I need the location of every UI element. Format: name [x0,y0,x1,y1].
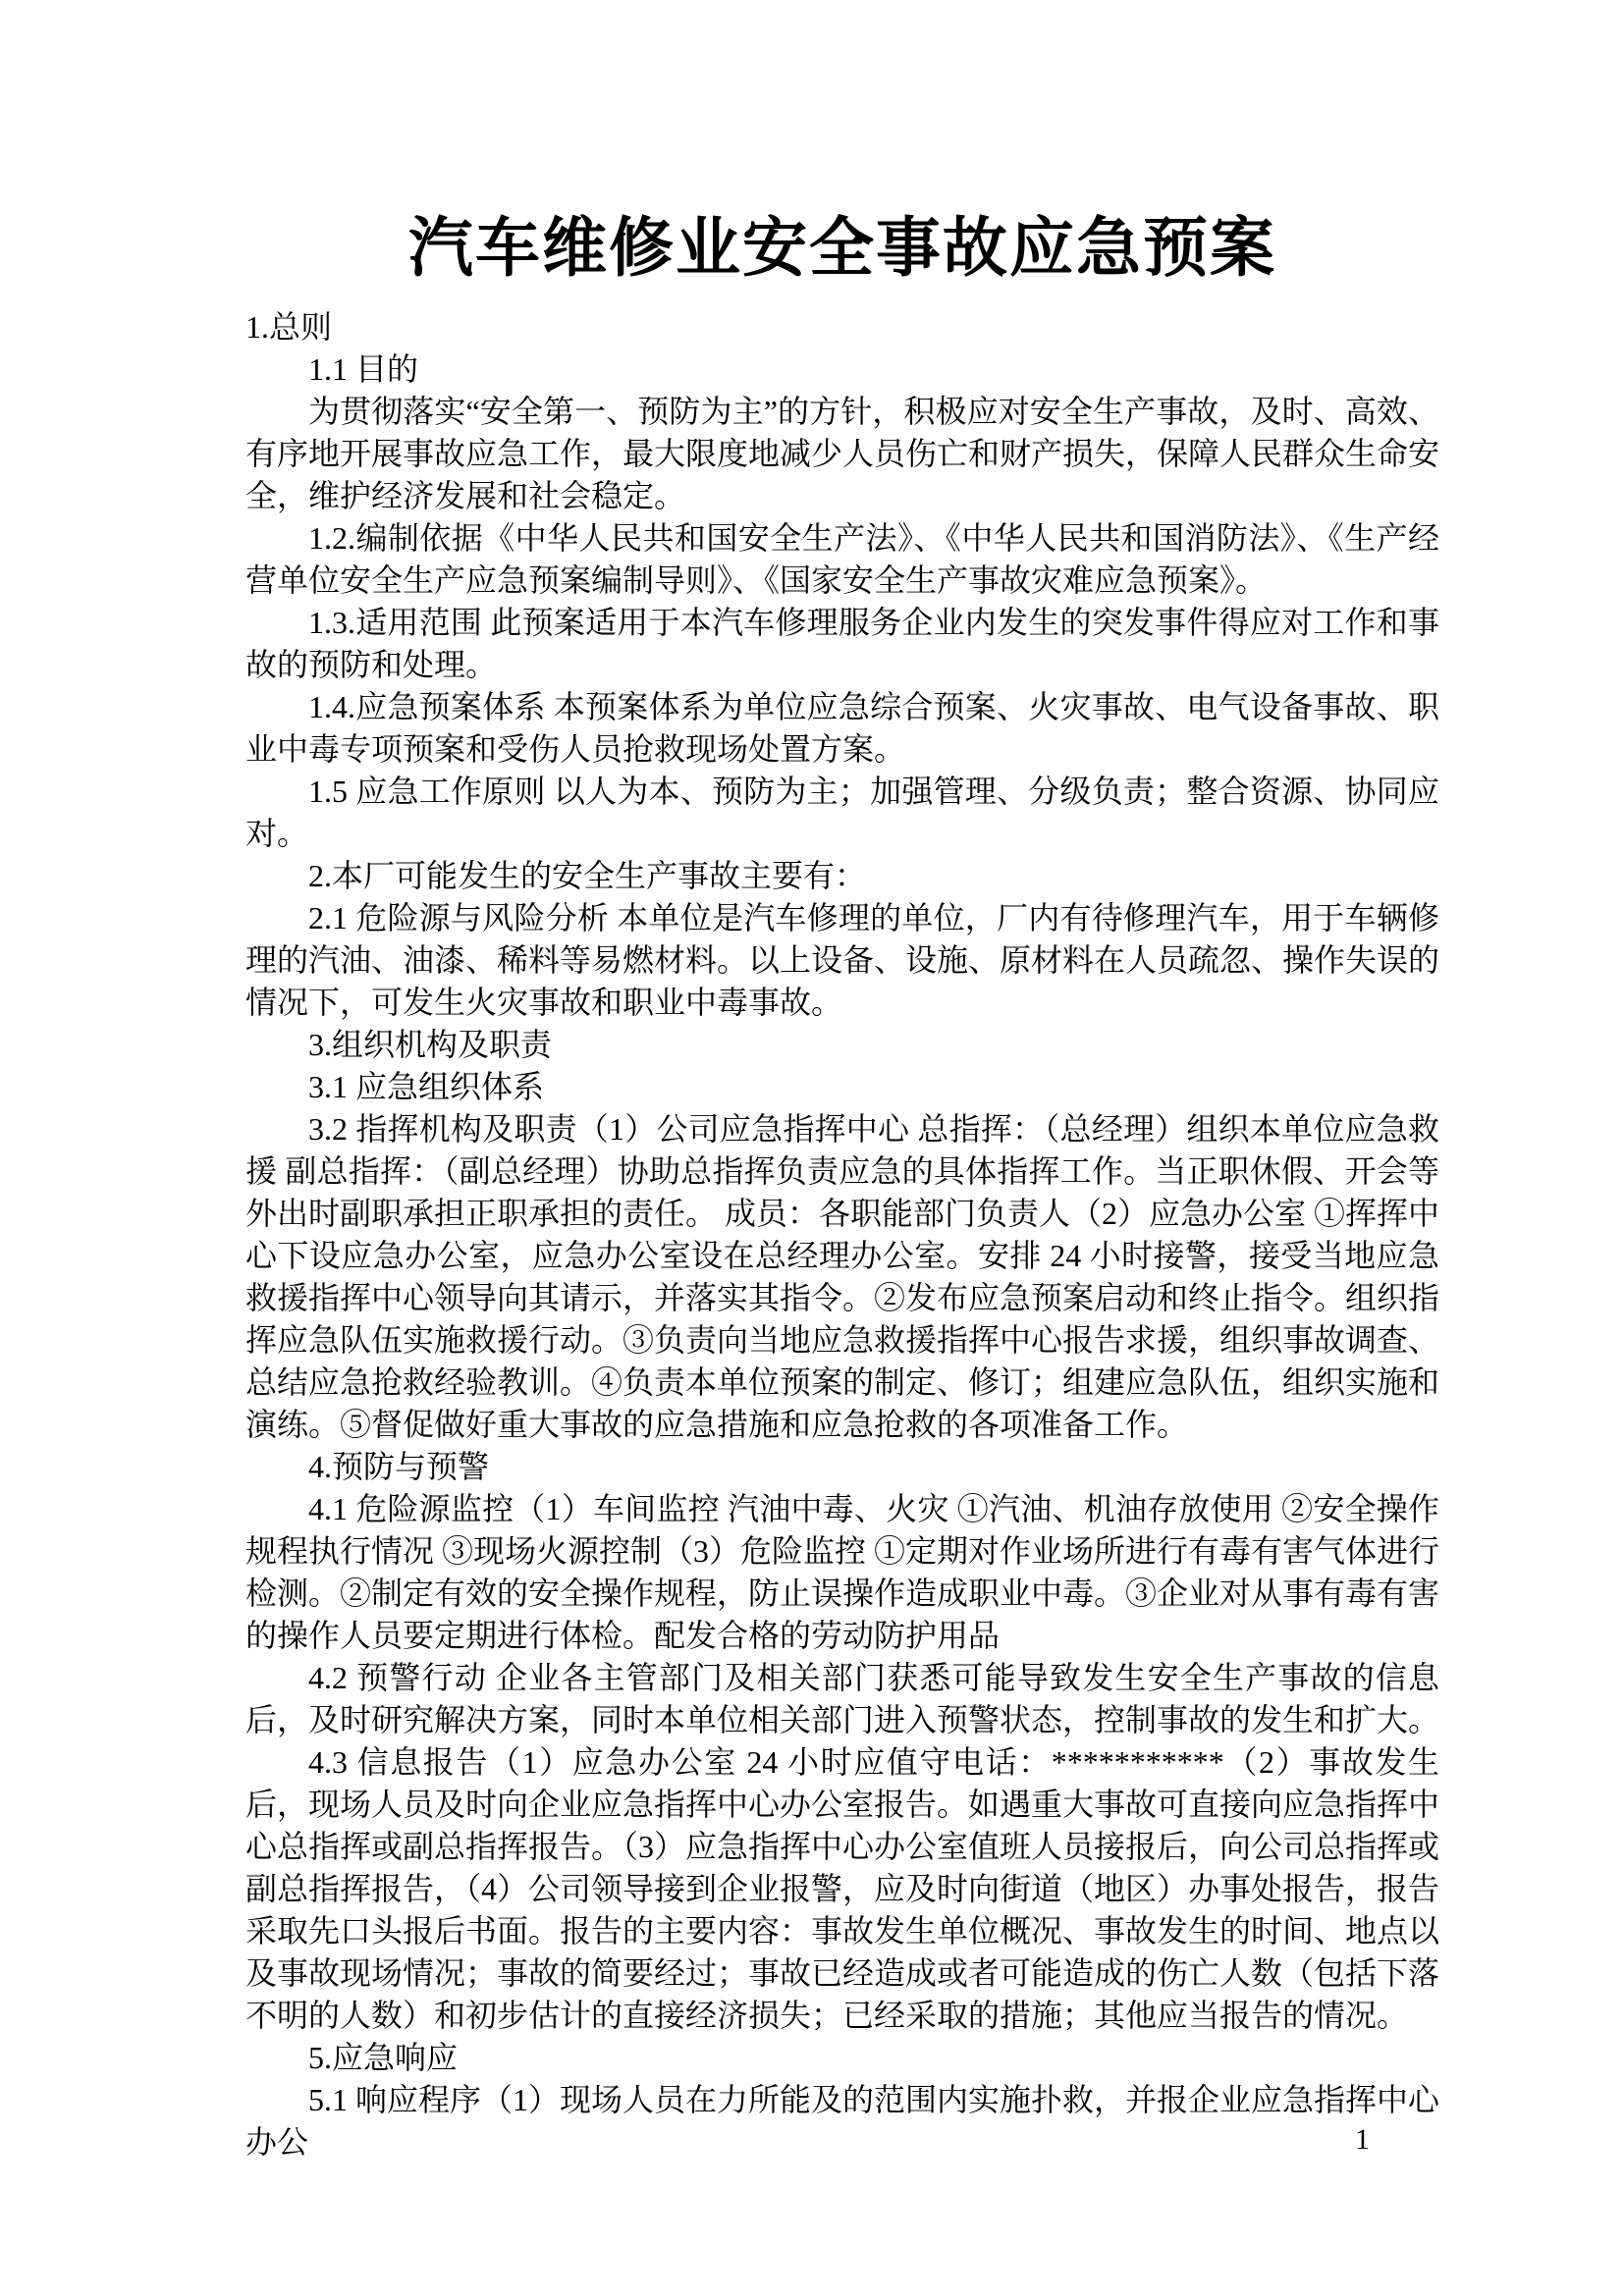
paragraph: 4.预防与预警 [245,1446,1439,1488]
paragraph: 1.4.应急预案体系 本预案体系为单位应急综合预案、火灾事故、电气设备事故、职业… [245,686,1439,771]
paragraph: 3.2 指挥机构及职责（1）公司应急指挥中心 总指挥：（总经理）组织本单位应急救… [245,1108,1439,1446]
document-page: 汽车维修业安全事故应急预案 1.总则 1.1 目的 为贯彻落实“安全第一、预防为… [0,0,1624,2296]
paragraph: 为贯彻落实“安全第一、预防为主”的方针，积极应对安全生产事故，及时、高效、有序地… [245,391,1439,517]
paragraph: 4.3 信息报告（1）应急办公室 24 小时应值守电话：***********（… [245,1741,1439,2037]
document-title: 汽车维修业安全事故应急预案 [245,204,1439,291]
paragraph: 1.3.适用范围 此预案适用于本汽车修理服务企业内发生的突发事件得应对工作和事故… [245,602,1439,686]
paragraph: 1.2.编制依据《中华人民共和国安全生产法》、《中华人民共和国消防法》、《生产经… [245,517,1439,602]
paragraph: 3.组织机构及职责 [245,1024,1439,1066]
paragraph: 3.1 应急组织体系 [245,1066,1439,1108]
paragraph: 2.本厂可能发生的安全生产事故主要有： [245,855,1439,897]
paragraph: 1.总则 [245,306,1439,348]
paragraph: 4.2 预警行动 企业各主管部门及相关部门获悉可能导致发生安全生产事故的信息后，… [245,1657,1439,1741]
paragraph: 2.1 危险源与风险分析 本单位是汽车修理的单位，厂内有待修理汽车，用于车辆修理… [245,897,1439,1024]
paragraph: 1.5 应急工作原则 以人为本、预防为主；加强管理、分级负责；整合资源、协同应对… [245,771,1439,855]
paragraph: 5.1 响应程序（1）现场人员在力所能及的范围内实施扑救，并报企业应急指挥中心办… [245,2079,1439,2163]
paragraph: 4.1 危险源监控（1）车间监控 汽油中毒、火灾 ①汽油、机油存放使用 ②安全操… [245,1488,1439,1657]
document-content: 汽车维修业安全事故应急预案 1.总则 1.1 目的 为贯彻落实“安全第一、预防为… [245,204,1439,2163]
paragraph: 1.1 目的 [245,348,1439,391]
paragraph: 5.应急响应 [245,2037,1439,2079]
page-number: 1 [1355,2120,1414,2160]
